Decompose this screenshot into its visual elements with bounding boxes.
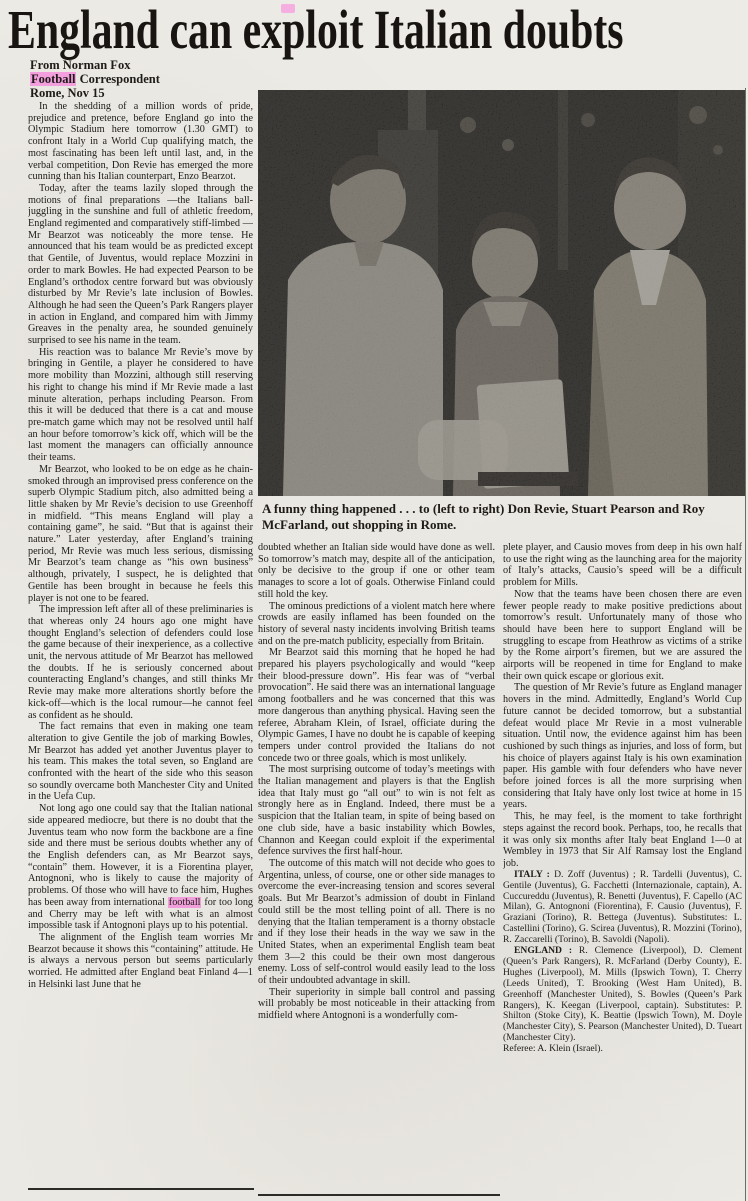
paragraph: ITALY : D. Zoff (Juventus) ; R. Tardelli…	[503, 870, 742, 946]
photo-caption: A funny thing happened . . . to (left to…	[262, 501, 742, 533]
paragraph: Now that the teams have been chosen ther…	[503, 589, 742, 683]
column-rule	[28, 1188, 254, 1190]
paragraph: Referee: A. Klein (Israel).	[503, 1044, 742, 1055]
paragraph: The outcome of this match will not decid…	[258, 858, 495, 987]
paragraph: Their superiority in simple ball control…	[258, 987, 495, 1022]
paragraph: Mr Bearzot said this morning that he hop…	[258, 647, 495, 764]
photo-illustration	[258, 90, 745, 496]
paragraph: The question of Mr Revie’s future as Eng…	[503, 682, 742, 811]
team-label: ITALY :	[514, 869, 554, 880]
byline-dateline: Rome, Nov 15	[30, 86, 260, 100]
team-label: ENGLAND :	[514, 945, 579, 956]
article-column-middle: doubted whether an Italian side would ha…	[258, 542, 495, 1194]
highlighted-word: football	[168, 897, 202, 908]
paragraph: Today, after the teams lazily sloped thr…	[28, 183, 253, 347]
page-edge-rule	[745, 88, 746, 1201]
news-photo	[258, 90, 745, 496]
headline-text: England can exploit Italian doubts	[8, 0, 624, 61]
byline-role: Football Correspondent	[30, 72, 260, 86]
paragraph: plete player, and Causio moves from deep…	[503, 542, 742, 589]
paragraph: The impression left after all of these p…	[28, 604, 253, 721]
paragraph: Not long ago one could say that the Ital…	[28, 803, 253, 932]
highlighted-word: Football	[30, 72, 76, 86]
column-rule	[258, 1194, 500, 1196]
article-headline: England can exploit Italian doubts	[8, 0, 748, 60]
paragraph: Mr Bearzot, who looked to be on edge as …	[28, 464, 253, 604]
paragraph: ENGLAND : R. Clemence (Liverpool), D. Cl…	[503, 946, 742, 1044]
byline-author: From Norman Fox	[30, 58, 260, 72]
paragraph: doubted whether an Italian side would ha…	[258, 542, 495, 601]
paragraph: In the shedding of a million words of pr…	[28, 101, 253, 183]
article-column-left: In the shedding of a million words of pr…	[28, 101, 253, 1183]
paragraph: The fact remains that even in making one…	[28, 721, 253, 803]
paragraph: The ominous predictions of a violent mat…	[258, 601, 495, 648]
paragraph: This, he may feel, is the moment to take…	[503, 811, 742, 870]
paragraph: The most surprising outcome of today’s m…	[258, 764, 495, 858]
paragraph: His reaction was to balance Mr Revie’s m…	[28, 347, 253, 464]
byline: From Norman Fox Football Correspondent R…	[30, 58, 260, 100]
highlighter-mark	[281, 4, 295, 13]
newspaper-page: England can exploit Italian doubts From …	[0, 0, 748, 1201]
paragraph: The alignment of the English team worrie…	[28, 932, 253, 991]
article-column-right: plete player, and Causio moves from deep…	[503, 542, 742, 1201]
